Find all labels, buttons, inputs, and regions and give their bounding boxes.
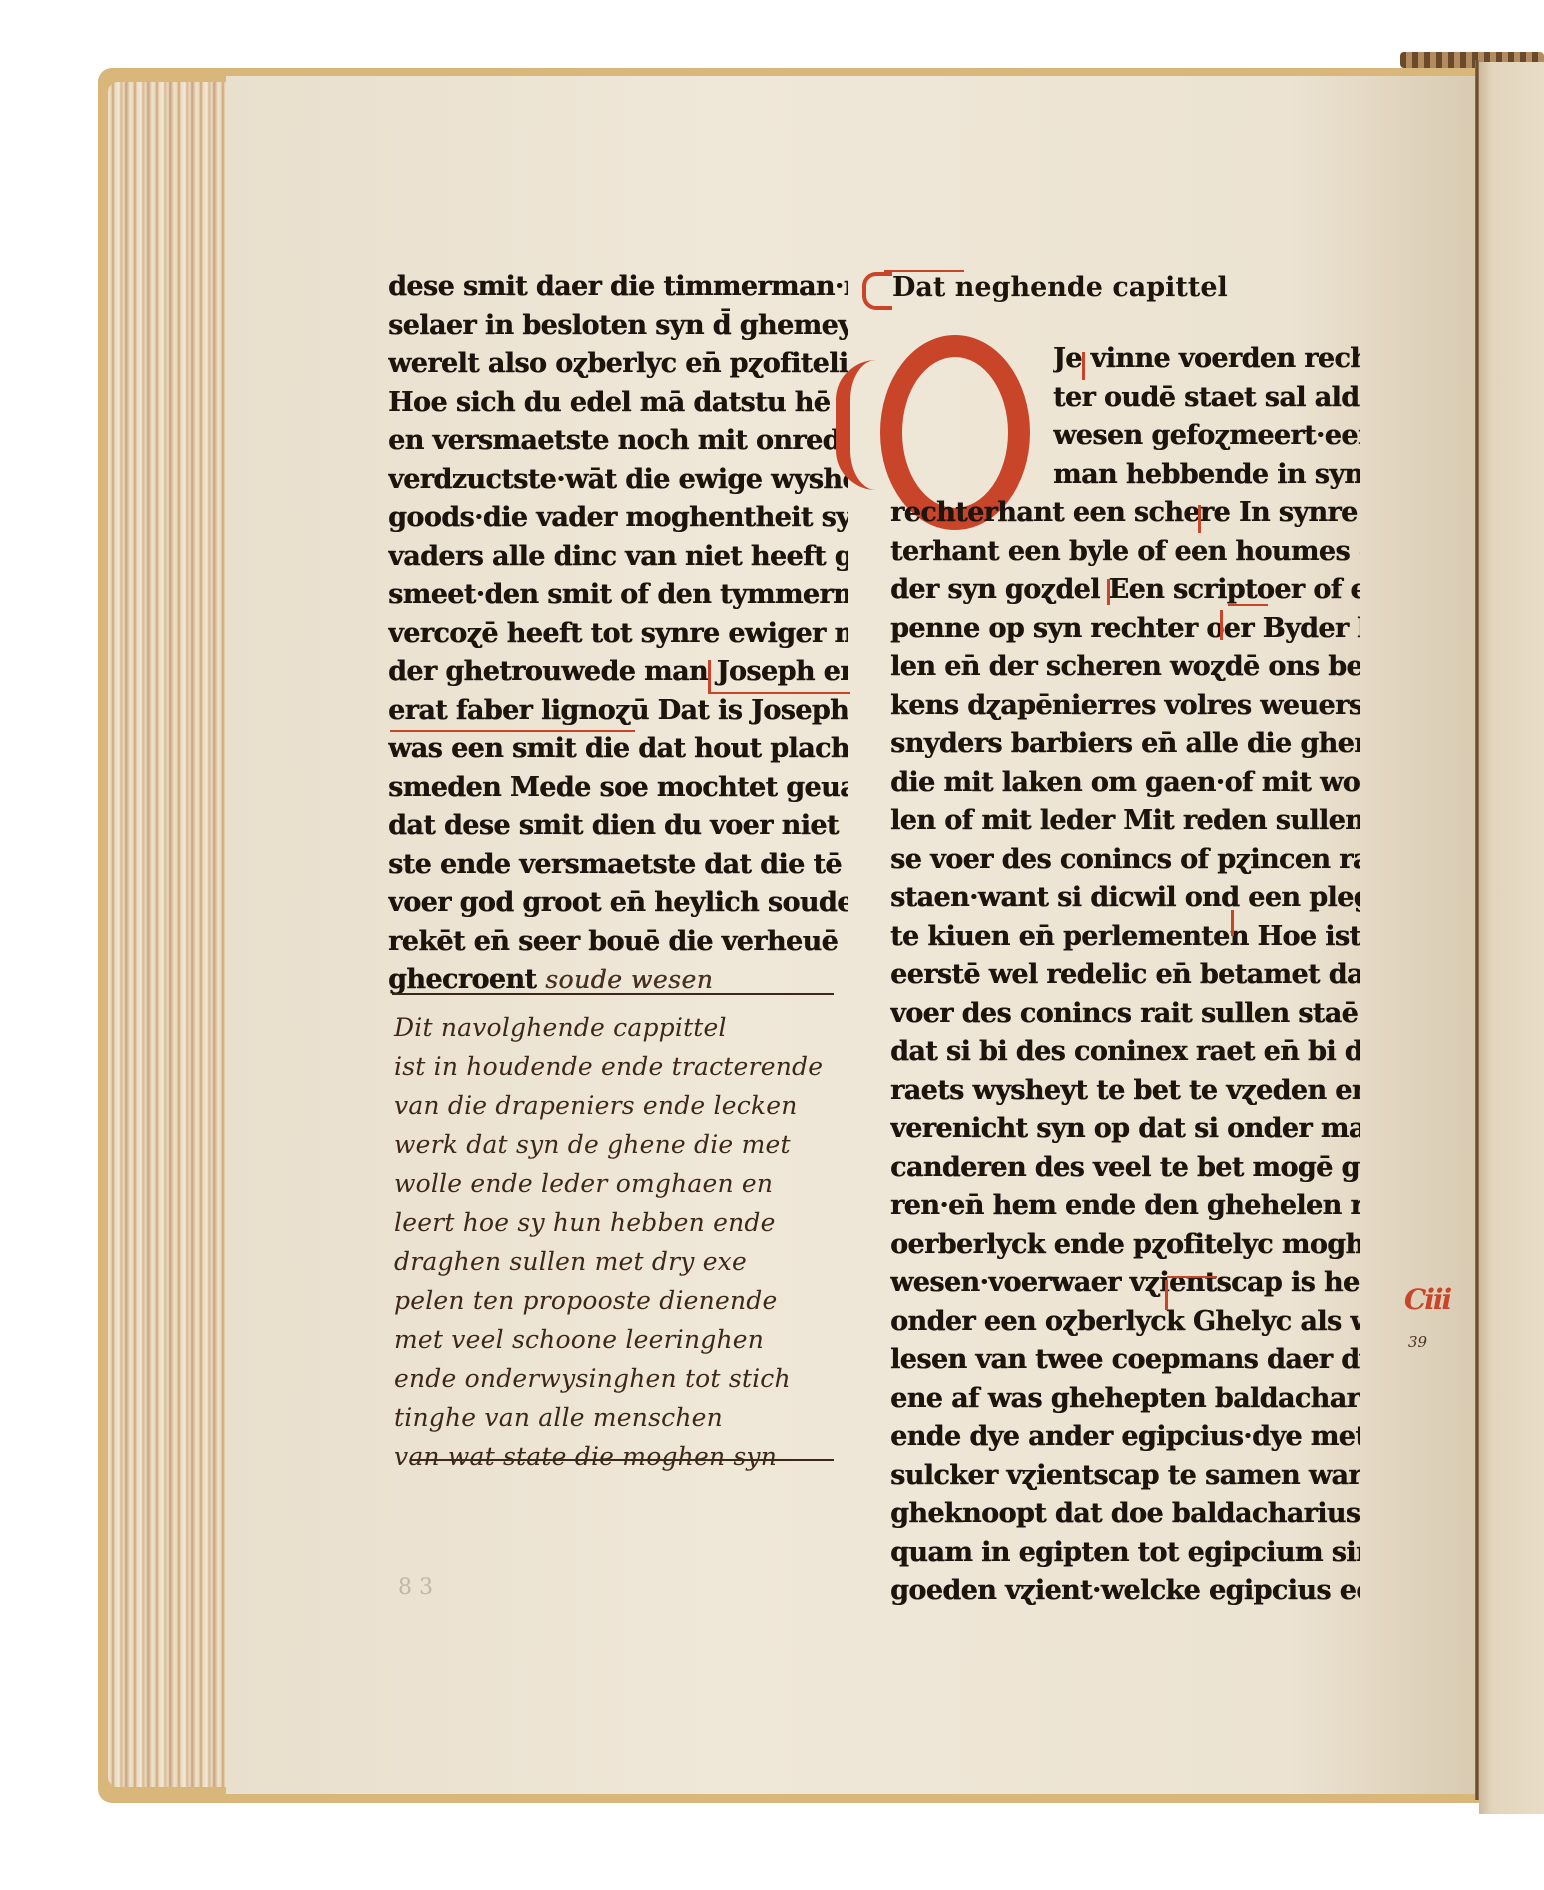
manuscript-line: tinghe van alle menschen	[388, 1398, 848, 1437]
text-line: die mit laken om gaen·of mit wol=	[890, 764, 1360, 803]
text-line: te kiuen en̄ perlementen Hoe ist ten	[890, 918, 1360, 957]
text-line: ren·en̄ hem ende den ghehelen ryck	[890, 1187, 1360, 1226]
text-line: vaders alle dinc van niet heeft ghe	[388, 538, 848, 577]
text-line: ter oudē staet sal aldus	[1053, 379, 1360, 418]
rubric-stroke	[1082, 352, 1085, 380]
text-line: verdzuctste·wāt die ewige wysheyt	[388, 461, 848, 500]
page-edges	[108, 82, 228, 1787]
rubric-stroke	[1165, 1280, 1168, 1310]
text-line: eerstē wel redelic en̄ betamet dat si	[890, 956, 1360, 995]
text-line: snyders barbiers en̄ alle die ghene	[890, 725, 1360, 764]
text-line: vercoɀē heeft tot synre ewiger moe	[388, 615, 848, 654]
rubric-stroke	[1167, 1276, 1217, 1278]
manuscript-inline-addition: soude wesen	[545, 965, 713, 994]
text-line: der ghetrouwede man Joseph en	[388, 653, 848, 692]
text-line: smeet·den smit of den tymmerman	[388, 576, 848, 615]
text-line: lesen van twee coepmans daer dye	[890, 1341, 1360, 1380]
text-line: sulcker vɀientscap te samen waren	[890, 1457, 1360, 1496]
text-line: smeden Mede soe mochtet geuallen	[388, 769, 848, 808]
rubric-underline	[390, 730, 635, 732]
text-line: onder een oɀberlyck Ghelyc als wi	[890, 1303, 1360, 1342]
rubric-stroke	[1107, 579, 1110, 605]
manuscript-line: van die drapeniers ende lecken	[388, 1086, 848, 1125]
text-line: len of mit leder Mit reden sullen de	[890, 802, 1360, 841]
recto-page-edge	[1479, 62, 1544, 1814]
chapter-heading: Dat neghende capittel	[892, 268, 1228, 308]
text-line: man hebbende in syn	[1053, 456, 1360, 495]
text-line: goods·die vader moghentheit syns	[388, 499, 848, 538]
text-line: penne op syn rechter oer Byder by	[890, 610, 1360, 649]
manuscript-rule-bottom	[410, 1459, 834, 1461]
text-line: dat si bi des coninex raet en̄ bi des	[890, 1033, 1360, 1072]
text-line: kens dɀapēnierres volres weuers	[890, 687, 1360, 726]
text-line: selaer in besloten syn d̄ ghemeynte	[388, 307, 848, 346]
text-line: gheknoopt dat doe baldacharius	[890, 1495, 1360, 1534]
text-line: oerberlyck ende pɀofitelyc moghen	[890, 1226, 1360, 1265]
text-line: ende dye ander egipcius·dye met	[890, 1418, 1360, 1457]
rubric-underline	[708, 692, 850, 694]
rubric-stroke	[1220, 610, 1223, 640]
text-line: len en̄ der scheren woɀdē ons betey	[890, 648, 1360, 687]
left-column: dese smit daer die timmerman·met selaer …	[388, 268, 848, 1476]
text-line: goeden vɀient·welcke egipcius een	[890, 1572, 1360, 1611]
text-line: dese smit daer die timmerman·met	[388, 268, 848, 307]
manuscript-line: ende onderwysinghen tot stich	[388, 1359, 848, 1398]
text-line: Hoe sich du edel mā datstu hē niet	[388, 384, 848, 423]
text-line: quam in egipten tot egipcium sinē	[890, 1534, 1360, 1573]
rubric-stroke	[1228, 604, 1268, 606]
manuscript-line: werk dat syn de ghene die met	[388, 1125, 848, 1164]
rubric-stroke	[1198, 505, 1201, 533]
text-line: en versmaetste noch mit onredē en	[388, 422, 848, 461]
folio-number: 39	[1408, 1333, 1427, 1351]
text-line: was een smit die dat hout plach te	[388, 730, 848, 769]
text-line: erat faber lignoɀū Dat is Joseph	[388, 692, 848, 731]
text-line: der syn goɀdel Een scriptoer of een	[890, 571, 1360, 610]
text-line: werelt also oɀberlyc en̄ pɀofitelic is	[388, 345, 848, 384]
text-line: Je vinne voerden rech=	[1053, 340, 1360, 379]
last-printed-word: ghecroent	[388, 964, 536, 995]
text-line: canderen des veel te bet mogē gene	[890, 1149, 1360, 1188]
manuscript-line: pelen ten propooste dienende	[388, 1281, 848, 1320]
manuscript-line: draghen sullen met dry exe	[388, 1242, 848, 1281]
text-line: se voer des conincs of pɀincen raet	[890, 841, 1360, 880]
text-line: voer god groot en̄ heylich soude ge	[388, 884, 848, 923]
text-line: terhant een byle of een houmes on	[890, 533, 1360, 572]
manuscript-line: van wat state die moghen syn	[388, 1437, 848, 1476]
text-line: raets wysheyt te bet te vɀeden ende	[890, 1072, 1360, 1111]
text-line: dat dese smit dien du voer niet rekē	[388, 807, 848, 846]
text-line: wesen·voerwaer vɀientscap is hem	[890, 1264, 1360, 1303]
manuscript-rule-top	[392, 993, 834, 995]
text-line: ene af was ghehepten baldacharius	[890, 1380, 1360, 1419]
text-line: ste ende versmaetste dat die tē lestē	[388, 846, 848, 885]
manuscript-line: Dit navolghende cappittel	[388, 1008, 848, 1047]
right-column: Je vinne voerden rech= ter oudē staet sa…	[890, 340, 1360, 1611]
paragraph-mark-icon	[862, 272, 892, 310]
rubric-stroke	[708, 660, 711, 694]
text-line: wesen gefoɀmeert·een	[1053, 417, 1360, 456]
faint-offset-number: 8 3	[398, 1575, 433, 1600]
manuscript-line: ist in houdende ende tracterende	[388, 1047, 848, 1086]
text-line: rekēt en̄ seer bouē die verheuē ende	[388, 923, 848, 962]
manuscript-line: leert hoe sy hun hebben ende	[388, 1203, 848, 1242]
manuscript-line: met veel schoone leeringhen	[388, 1320, 848, 1359]
text-line: voer des conincs rait sullen staē·op	[890, 995, 1360, 1034]
text-line: rechterhant een schere In synre luk=	[890, 494, 1360, 533]
rubric-stroke	[1231, 910, 1234, 936]
manuscript-line: wolle ende leder omghaen en	[388, 1164, 848, 1203]
text-line: staen·want si dicwil ond een plegē	[890, 879, 1360, 918]
folio-signature: Ciii	[1404, 1283, 1450, 1316]
text-line: verenicht syn op dat si onder mal=	[890, 1110, 1360, 1149]
